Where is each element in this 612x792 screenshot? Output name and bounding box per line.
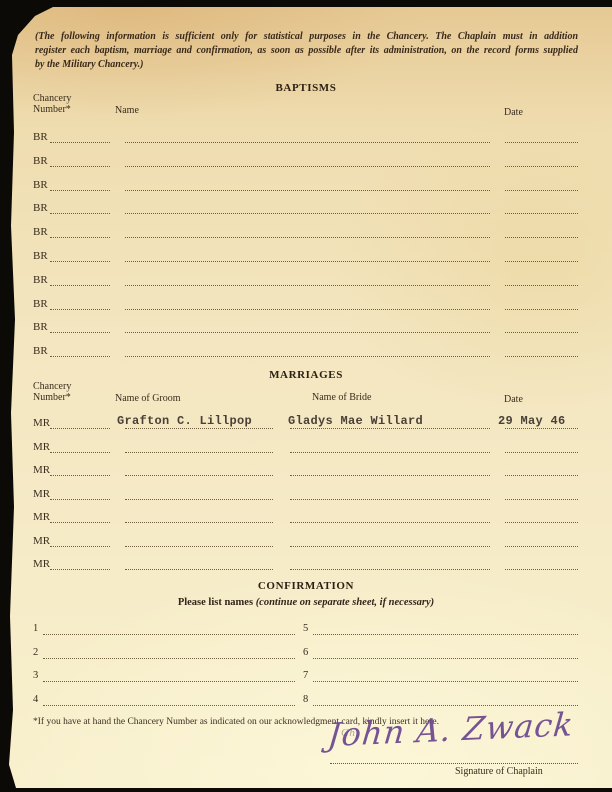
name-line xyxy=(125,273,490,286)
date-line xyxy=(505,273,578,286)
date-line xyxy=(505,463,578,476)
bride-entry: Gladys Mae Willard xyxy=(288,414,423,428)
name-line xyxy=(125,201,490,214)
groom-entry: Grafton C. Lillpop xyxy=(117,414,252,428)
chancery-number-line xyxy=(50,534,110,547)
date-line xyxy=(505,440,578,453)
date-line xyxy=(505,225,578,238)
chancery-number-line xyxy=(50,487,110,500)
groom-line xyxy=(125,440,273,453)
chaplain-signature: John A. Zwack xyxy=(326,704,609,754)
groom-line xyxy=(125,510,273,523)
chancery-number-line xyxy=(50,225,110,238)
date-line xyxy=(505,154,578,167)
baptism-row: BR xyxy=(33,177,578,191)
intro-line-2: register each baptism, marriage and conf… xyxy=(35,44,578,58)
confirmation-row: 48 xyxy=(33,692,578,706)
name-line xyxy=(125,297,490,310)
baptisms-title: BAPTISMS xyxy=(0,82,612,94)
line-number: 5 xyxy=(303,623,313,635)
confirmation-line xyxy=(43,646,295,659)
intro-line-3: by the Military Chancery.) xyxy=(35,58,578,72)
date-line xyxy=(505,534,578,547)
name-line xyxy=(125,344,490,357)
marriages-title: MARRIAGES xyxy=(0,369,612,381)
confirmation-line xyxy=(313,622,578,635)
baptisms-col-name: Name xyxy=(115,105,139,116)
baptism-row: BR xyxy=(33,296,578,310)
marriages-col-date: Date xyxy=(504,394,523,405)
confirmation-row: 37 xyxy=(33,668,578,682)
bride-line xyxy=(290,487,490,500)
marriage-row: MR xyxy=(33,439,578,453)
baptism-row: BR xyxy=(33,129,578,143)
chancery-number-line xyxy=(50,297,110,310)
confirmation-row: 26 xyxy=(33,645,578,659)
marriages-col-groom: Name of Groom xyxy=(115,393,181,404)
confirmation-line xyxy=(43,669,295,682)
signature-label: Signature of Chaplain xyxy=(455,766,543,777)
marriage-row: MR xyxy=(33,556,578,570)
bride-line xyxy=(290,463,490,476)
groom-line xyxy=(125,534,273,547)
form-content: (The following information is sufficient… xyxy=(0,0,612,792)
date-line xyxy=(505,510,578,523)
groom-line xyxy=(125,487,273,500)
chancery-number-line xyxy=(50,130,110,143)
groom-line xyxy=(125,463,273,476)
chancery-number-line xyxy=(50,344,110,357)
chancery-number-line xyxy=(50,320,110,333)
confirmation-line xyxy=(313,646,578,659)
chancery-number-line xyxy=(50,416,110,429)
marriage-row: MR xyxy=(33,509,578,523)
intro-paragraph: (The following information is sufficient… xyxy=(35,30,578,72)
chancery-number-line xyxy=(50,273,110,286)
intro-line-1: (The following information is sufficient… xyxy=(35,30,578,44)
baptism-row: BR xyxy=(33,272,578,286)
baptism-row: BR xyxy=(33,153,578,167)
name-line xyxy=(125,320,490,333)
confirmation-line xyxy=(43,693,295,706)
date-line xyxy=(505,130,578,143)
baptism-row: BR xyxy=(33,343,578,357)
chancery-number-line xyxy=(50,249,110,262)
date-line xyxy=(505,249,578,262)
line-number: 1 xyxy=(33,623,43,635)
bride-line xyxy=(290,557,490,570)
chancery-number-line xyxy=(50,201,110,214)
marriage-row: MR xyxy=(33,486,578,500)
date-line xyxy=(505,178,578,191)
name-line xyxy=(125,178,490,191)
baptism-row: BR xyxy=(33,319,578,333)
bride-line xyxy=(290,510,490,523)
confirmation-line xyxy=(313,693,578,706)
name-line xyxy=(125,130,490,143)
date-line xyxy=(505,557,578,570)
confirmation-subtitle: Please list names (continue on separate … xyxy=(0,597,612,608)
chancery-number-line xyxy=(50,557,110,570)
chancery-number-line xyxy=(50,510,110,523)
name-line xyxy=(125,225,490,238)
baptism-row: BR xyxy=(33,248,578,262)
baptism-row: BR xyxy=(33,224,578,238)
date-line xyxy=(505,320,578,333)
confirmation-title: CONFIRMATION xyxy=(0,580,612,592)
date-line xyxy=(505,201,578,214)
confirmation-line xyxy=(313,669,578,682)
chancery-number-line xyxy=(50,463,110,476)
bride-line xyxy=(290,534,490,547)
baptisms-col-chancery: Chancery Number* xyxy=(33,93,71,115)
chancery-number-line xyxy=(50,440,110,453)
name-line xyxy=(125,249,490,262)
date-entry: 29 May 46 xyxy=(498,414,566,428)
name-line xyxy=(125,154,490,167)
date-line xyxy=(505,297,578,310)
baptism-row: BR xyxy=(33,200,578,214)
groom-line xyxy=(125,557,273,570)
chancery-number-line xyxy=(50,178,110,191)
row-prefix: BR xyxy=(33,131,50,143)
baptisms-col-date: Date xyxy=(504,107,523,118)
date-line xyxy=(505,487,578,500)
marriages-col-bride: Name of Bride xyxy=(312,392,371,403)
marriage-row: MR xyxy=(33,533,578,547)
marriage-row: MR xyxy=(33,462,578,476)
bride-line xyxy=(290,440,490,453)
confirmation-row: 15 xyxy=(33,621,578,635)
marriage-row-filled: MR Grafton C. Lillpop Gladys Mae Willard… xyxy=(33,415,578,429)
scanner-background: (The following information is sufficient… xyxy=(0,0,612,792)
marriages-col-chancery: Chancery Number* xyxy=(33,381,71,403)
chancery-number-line xyxy=(50,154,110,167)
date-line xyxy=(505,344,578,357)
confirmation-line xyxy=(43,622,295,635)
